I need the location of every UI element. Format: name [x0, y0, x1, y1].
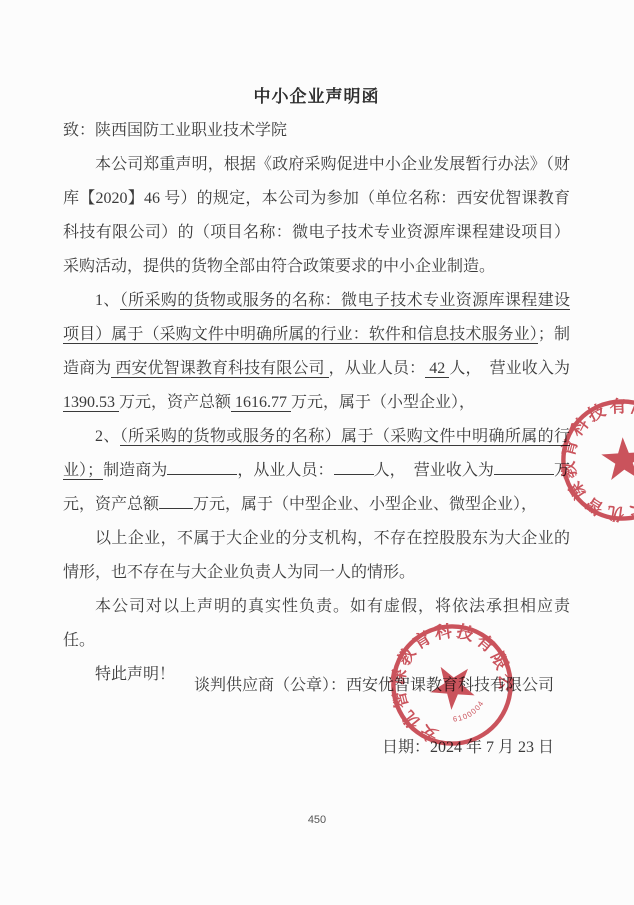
- item2-revenue-blank-field: [494, 458, 554, 475]
- item1-revenue-value: 1390.53: [63, 394, 119, 412]
- item2-text-revenue-label: 人， 营业收入为: [374, 462, 494, 479]
- item1-text-enterprise-type: 万元，属于（小型企业），: [291, 394, 475, 411]
- star-icon: [596, 433, 634, 487]
- item1-employees-value: 42: [425, 360, 449, 378]
- item2-index: 2、: [95, 428, 120, 445]
- paragraph-intro: 本公司郑重声明，根据《政府采购促进中小企业发展暂行办法》（财库【2020】46 …: [63, 148, 570, 284]
- item1-index: 1、: [95, 292, 120, 309]
- salutation-line: 致：陕西国防工业职业技术学院: [63, 114, 570, 148]
- item2-manufacturer-blank-field: [167, 458, 237, 475]
- item-1: 1、（所采购的货物或服务的名称：微电子技术专业资源库课程建设项目）属于（采购文件…: [63, 284, 570, 420]
- doc-title: 中小企业声明函: [63, 80, 570, 114]
- item-2: 2、（所采购的货物或服务的名称）属于（采购文件中明确所属的行业）；制造商为，从业…: [63, 420, 570, 522]
- seal-code-text: 6100004: [449, 696, 489, 727]
- item2-assets-blank-field: [159, 492, 193, 509]
- item1-goods-and-industry: （所采购的货物或服务的名称：微电子技术专业资源库课程建设项目）属于（采购文件中明…: [63, 292, 570, 344]
- paragraph-compliance: 以上企业，不属于大企业的分支机构，不存在控股股东为大企业的情形，也不存在与大企业…: [63, 522, 570, 590]
- item1-text-assets-label: 万元，资产总额: [119, 394, 231, 411]
- item1-text-revenue-label: 人， 营业收入为: [449, 360, 570, 377]
- item2-employees-blank-field: [334, 458, 374, 475]
- item1-manufacturer-value: 西安优智课教育科技有限公司: [111, 360, 328, 378]
- item2-text-enterprise-type: 万元，属于（中型企业、小型企业、微型企业），: [193, 496, 537, 513]
- star-icon: [422, 655, 482, 714]
- document-body: 中小企业声明函 致：陕西国防工业职业技术学院 本公司郑重声明，根据《政府采购促进…: [0, 0, 634, 692]
- item2-text-manufacturer-label: 制造商为: [103, 462, 167, 479]
- item1-assets-value: 1616.77: [231, 394, 291, 412]
- page-number: 450: [0, 814, 634, 826]
- item1-text-employees-label: ，从业人员：: [329, 360, 426, 377]
- item2-text-employees-label: ，从业人员：: [237, 462, 333, 479]
- document-page: 中小企业声明函 致：陕西国防工业职业技术学院 本公司郑重声明，根据《政府采购促进…: [0, 0, 634, 905]
